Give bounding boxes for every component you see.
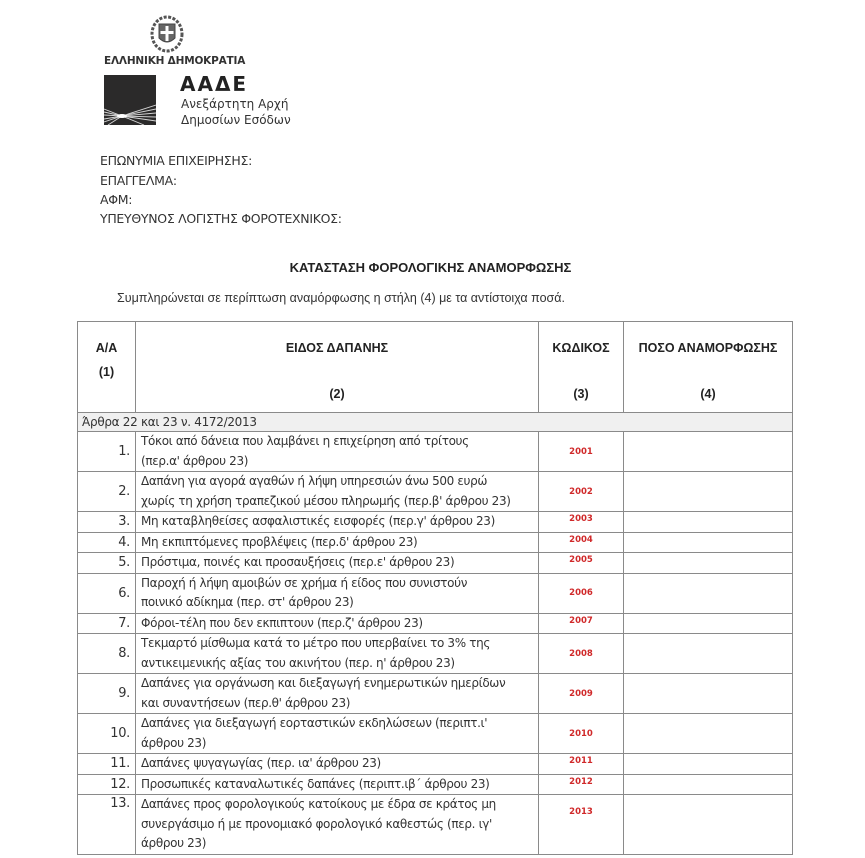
expense-code: 2008 <box>539 634 624 674</box>
row-number: 5. <box>78 553 136 574</box>
row-number: 13. <box>78 795 136 855</box>
row-number: 4. <box>78 532 136 553</box>
expense-description: Τόκοι από δάνεια που λαμβάνει η επιχείρη… <box>136 432 539 472</box>
column-header-number: (4) <box>624 387 792 401</box>
aade-logo-icon <box>104 75 156 125</box>
row-number: 12. <box>78 774 136 795</box>
expense-description: Πρόστιμα, ποινές και προσαυξήσεις (περ.ε… <box>136 553 539 574</box>
expense-description: Δαπάνες για οργάνωση και διεξαγωγή ενημε… <box>136 674 539 714</box>
description-line: Μη εκπιπτόμενες προβλέψεις (περ.δ' άρθρο… <box>141 533 538 553</box>
adjustment-amount-input[interactable] <box>624 573 793 613</box>
greek-coat-of-arms-icon <box>150 14 184 54</box>
republic-label: ΕΛΛΗΝΙΚΗ ΔΗΜΟΚΡΑΤΙΑ <box>104 55 245 67</box>
column-header-number: (2) <box>136 387 538 401</box>
description-line: άρθρου 23) <box>141 734 538 754</box>
adjustment-amount-input[interactable] <box>624 774 793 795</box>
expense-description: Μη εκπιπτόμενες προβλέψεις (περ.δ' άρθρο… <box>136 532 539 553</box>
table-header-row: Α/Α (1) ΕΙΔΟΣ ΔΑΠΑΝΗΣ (2) ΚΩΔΙΚΟΣ (3) ΠΟ… <box>78 322 793 413</box>
expense-code: 2003 <box>539 512 624 533</box>
expense-description: Δαπάνες ψυγαγωγίας (περ. ια' άρθρου 23) <box>136 754 539 775</box>
accountant-field-label: ΥΠΕΥΘΥΝΟΣ ΛΟΓΙΣΤΗΣ ΦΟΡΟΤΕΧΝΙΚΟΣ: <box>100 211 342 226</box>
description-line: Τεκμαρτό μίσθωμα κατά το μέτρο που υπερβ… <box>141 634 538 654</box>
row-number: 7. <box>78 613 136 634</box>
description-line: και συναντήσεων (περ.θ' άρθρου 23) <box>141 694 538 714</box>
adjustment-amount-input[interactable] <box>624 613 793 634</box>
expense-code: 2006 <box>539 573 624 613</box>
expense-description: Δαπάνες για διεξαγωγή εορταστικών εκδηλώ… <box>136 714 539 754</box>
document-title: ΚΑΤΑΣΤΑΣΗ ΦΟΡΟΛΟΓΙΚΗΣ ΑΝΑΜΟΡΦΩΣΗΣ <box>0 260 865 275</box>
afm-field-label: ΑΦΜ: <box>100 192 132 207</box>
adjustment-amount-input[interactable] <box>624 634 793 674</box>
description-line: αντικειμενικής αξίας του ακινήτου (περ. … <box>141 654 538 674</box>
expense-description: Τεκμαρτό μίσθωμα κατά το μέτρο που υπερβ… <box>136 634 539 674</box>
adjustment-amount-input[interactable] <box>624 795 793 855</box>
row-number: 8. <box>78 634 136 674</box>
table-row: 6.Παροχή ή λήψη αμοιβών σε χρήμα ή είδος… <box>78 573 793 613</box>
row-number: 1. <box>78 432 136 472</box>
adjustment-amount-input[interactable] <box>624 674 793 714</box>
description-line: Τόκοι από δάνεια που λαμβάνει η επιχείρη… <box>141 432 538 452</box>
expense-code: 2009 <box>539 674 624 714</box>
expense-code: 2011 <box>539 754 624 775</box>
expense-code: 2004 <box>539 532 624 553</box>
column-header-label: ΚΩΔΙΚΟΣ <box>539 341 623 355</box>
tax-adjustment-table: Α/Α (1) ΕΙΔΟΣ ΔΑΠΑΝΗΣ (2) ΚΩΔΙΚΟΣ (3) ΠΟ… <box>77 321 793 855</box>
description-line: Δαπάνες για διεξαγωγή εορταστικών εκδηλώ… <box>141 714 538 734</box>
expense-code: 2007 <box>539 613 624 634</box>
adjustment-amount-input[interactable] <box>624 553 793 574</box>
table-row: 13.Δαπάνες προς φορολογικούς κατοίκους μ… <box>78 795 793 855</box>
table-row: 2.Δαπάνη για αγορά αγαθών ή λήψη υπηρεσι… <box>78 472 793 512</box>
column-header-label: Α/Α <box>78 341 135 355</box>
row-number: 6. <box>78 573 136 613</box>
table-row: 9.Δαπάνες για οργάνωση και διεξαγωγή ενη… <box>78 674 793 714</box>
column-header-label: ΕΙΔΟΣ ΔΑΠΑΝΗΣ <box>136 341 538 355</box>
column-header-number: (3) <box>539 387 623 401</box>
description-line: συνεργάσιμο ή με προνομιακό φορολογικό κ… <box>141 815 538 835</box>
expense-description: Δαπάνη για αγορά αγαθών ή λήψη υπηρεσιών… <box>136 472 539 512</box>
description-line: Δαπάνη για αγορά αγαθών ή λήψη υπηρεσιών… <box>141 472 538 492</box>
row-number: 2. <box>78 472 136 512</box>
adjustment-amount-input[interactable] <box>624 512 793 533</box>
expense-code: 2001 <box>539 432 624 472</box>
table-row: 10.Δαπάνες για διεξαγωγή εορταστικών εκδ… <box>78 714 793 754</box>
document-title-text: ΚΑΤΑΣΤΑΣΗ ΦΟΡΟΛΟΓΙΚΗΣ ΑΝΑΜΟΡΦΩΣΗΣ <box>290 260 572 275</box>
row-number: 11. <box>78 754 136 775</box>
description-line: Πρόστιμα, ποινές και προσαυξήσεις (περ.ε… <box>141 553 538 573</box>
expense-description: Προσωπικές καταναλωτικές δαπάνες (περιπτ… <box>136 774 539 795</box>
table-row: 7.Φόροι-τέλη που δεν εκπιπτουν (περ.ζ' ά… <box>78 613 793 634</box>
description-line: Παροχή ή λήψη αμοιβών σε χρήμα ή είδος π… <box>141 574 538 594</box>
expense-code: 2012 <box>539 774 624 795</box>
expense-code: 2005 <box>539 553 624 574</box>
description-line: Δαπάνες ψυγαγωγίας (περ. ια' άρθρου 23) <box>141 754 538 774</box>
table-row: 1.Τόκοι από δάνεια που λαμβάνει η επιχεί… <box>78 432 793 472</box>
description-line: Προσωπικές καταναλωτικές δαπάνες (περιπτ… <box>141 775 538 795</box>
expense-code: 2013 <box>539 795 624 855</box>
description-line: χωρίς τη χρήση τραπεζικού μέσου πληρωμής… <box>141 492 538 512</box>
row-number: 10. <box>78 714 136 754</box>
table-row: 11.Δαπάνες ψυγαγωγίας (περ. ια' άρθρου 2… <box>78 754 793 775</box>
column-header-adjustment-amount: ΠΟΣΟ ΑΝΑΜΟΡΦΩΣΗΣ (4) <box>624 322 793 413</box>
expense-code: 2002 <box>539 472 624 512</box>
section-label: Άρθρα 22 και 23 ν. 4172/2013 <box>78 413 793 432</box>
column-header-aa: Α/Α (1) <box>78 322 136 413</box>
row-number: 3. <box>78 512 136 533</box>
profession-field-label: ΕΠΑΓΓΕΛΜΑ: <box>100 173 177 188</box>
description-line: ποινικό αδίκημα (περ. στ' άρθρου 23) <box>141 593 538 613</box>
column-header-code: ΚΩΔΙΚΟΣ (3) <box>539 322 624 413</box>
company-name-field-label: ΕΠΩΝΥΜΙΑ ΕΠΙΧΕΙΡΗΣΗΣ: <box>100 153 252 168</box>
description-line: Δαπάνες προς φορολογικούς κατοίκους με έ… <box>141 795 538 815</box>
agency-short-name: ΑΑΔΕ <box>180 72 248 96</box>
adjustment-amount-input[interactable] <box>624 532 793 553</box>
adjustment-amount-input[interactable] <box>624 754 793 775</box>
expense-description: Μη καταβληθείσες ασφαλιστικές εισφορές (… <box>136 512 539 533</box>
description-line: (περ.α' άρθρου 23) <box>141 452 538 472</box>
expense-description: Δαπάνες προς φορολογικούς κατοίκους με έ… <box>136 795 539 855</box>
section-row: Άρθρα 22 και 23 ν. 4172/2013 <box>78 413 793 432</box>
table-row: 12.Προσωπικές καταναλωτικές δαπάνες (περ… <box>78 774 793 795</box>
description-line: Φόροι-τέλη που δεν εκπιπτουν (περ.ζ' άρθ… <box>141 614 538 634</box>
expense-description: Φόροι-τέλη που δεν εκπιπτουν (περ.ζ' άρθ… <box>136 613 539 634</box>
description-line: Δαπάνες για οργάνωση και διεξαγωγή ενημε… <box>141 674 538 694</box>
column-header-expense-type: ΕΙΔΟΣ ΔΑΠΑΝΗΣ (2) <box>136 322 539 413</box>
adjustment-amount-input[interactable] <box>624 432 793 472</box>
expense-code: 2010 <box>539 714 624 754</box>
expense-description: Παροχή ή λήψη αμοιβών σε χρήμα ή είδος π… <box>136 573 539 613</box>
description-line: Μη καταβληθείσες ασφαλιστικές εισφορές (… <box>141 512 538 532</box>
agency-name-line2: Δημοσίων Εσόδων <box>181 113 291 127</box>
table-row: 3.Μη καταβληθείσες ασφαλιστικές εισφορές… <box>78 512 793 533</box>
column-header-number: (1) <box>78 365 135 379</box>
agency-name-line1: Ανεξάρτητη Αρχή <box>181 97 288 111</box>
instruction-text: Συμπληρώνεται σε περίπτωση αναμόρφωσης η… <box>117 291 565 305</box>
row-number: 9. <box>78 674 136 714</box>
table-row: 4.Μη εκπιπτόμενες προβλέψεις (περ.δ' άρθ… <box>78 532 793 553</box>
description-line: άρθρου 23) <box>141 834 538 854</box>
table-row: 5.Πρόστιμα, ποινές και προσαυξήσεις (περ… <box>78 553 793 574</box>
adjustment-amount-input[interactable] <box>624 714 793 754</box>
column-header-label: ΠΟΣΟ ΑΝΑΜΟΡΦΩΣΗΣ <box>624 341 792 355</box>
table-row: 8.Τεκμαρτό μίσθωμα κατά το μέτρο που υπε… <box>78 634 793 674</box>
adjustment-amount-input[interactable] <box>624 472 793 512</box>
